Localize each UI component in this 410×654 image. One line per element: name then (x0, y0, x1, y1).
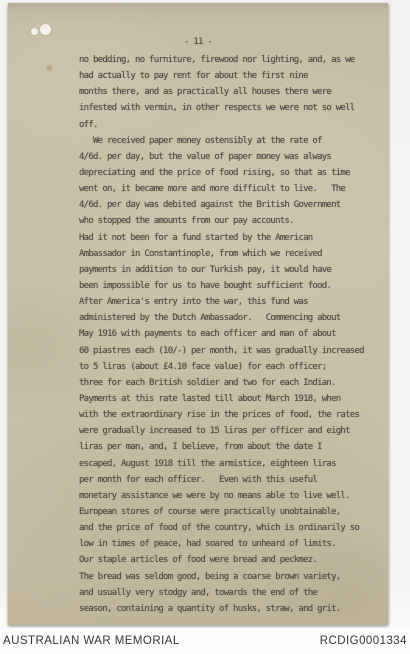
footer-bar: AUSTRALIAN WAR MEMORIAL RCDIG0001334 (0, 628, 410, 654)
document-line: administered by the Dutch Ambassador. Co… (79, 310, 379, 326)
document-line: The bread was seldom good, being a coars… (79, 569, 379, 585)
document-line: Ambassador in Constantinople, from which… (79, 246, 379, 262)
document-line: escaped, August 1918 till the armistice,… (79, 456, 379, 472)
paper-stain (45, 64, 54, 72)
document-line: season, containing a quantity of husks, … (79, 601, 379, 617)
document-line: and the price of food of the country, wh… (79, 520, 379, 536)
document-line: who stopped the amounts from our pay acc… (79, 213, 379, 229)
document-line: 4/6d. per day was debited against the Br… (79, 197, 379, 213)
document-line: to 5 liras (about £4.10 face value) for … (79, 359, 379, 375)
document-line: low in times of peace, had soared to unh… (79, 536, 379, 552)
document-line: May 1916 with payments to each officer a… (79, 326, 379, 342)
document-line: three for each British soldier and two f… (79, 375, 379, 391)
document-line: infested with vermin, in other respects … (79, 100, 379, 116)
document-line: liras per man, and, I believe, from abou… (79, 439, 379, 455)
document-line: were gradually increased to 15 liras per… (79, 423, 379, 439)
document-line: 60 piastres each (10/-) per month, it wa… (79, 343, 379, 359)
scanned-page: - 11 - no bedding, no furniture, firewoo… (0, 0, 410, 654)
document-line: had actually to pay rent for about the f… (79, 68, 379, 84)
document-line: Had it not been for a fund started by th… (79, 230, 379, 246)
document-paper: - 11 - no bedding, no furniture, firewoo… (8, 3, 388, 625)
document-line: and usually very stodgy and, towards the… (79, 585, 379, 601)
document-line: 4/6d. per day, but the value of paper mo… (79, 149, 379, 165)
document-line: with the extraordinary rise in the price… (79, 407, 379, 423)
document-line: per month for each officer. Even with th… (79, 472, 379, 488)
document-body: no bedding, no furniture, firewood nor l… (79, 52, 379, 617)
document-line: monetary assistance we were by no means … (79, 488, 379, 504)
archive-name-label: AUSTRALIAN WAR MEMORIAL (3, 635, 180, 647)
document-line: Payments at this rate lasted till about … (79, 391, 379, 407)
document-line: went on, it became more and more difficu… (79, 181, 379, 197)
document-line: been impossible for us to have bought su… (79, 278, 379, 294)
document-line: no bedding, no furniture, firewood nor l… (79, 52, 379, 68)
document-line: payments in addition to our Turkish pay,… (79, 262, 379, 278)
document-line: off. (79, 117, 379, 133)
document-line: depreciating and the price of food risin… (79, 165, 379, 181)
page-number: - 11 - (8, 34, 388, 50)
reference-id-label: RCDIG0001334 (320, 635, 407, 647)
document-line: European stores of course were practical… (79, 504, 379, 520)
document-line: After America's entry into the war, this… (79, 294, 379, 310)
document-line: We received paper money ostensibly at th… (79, 133, 379, 149)
document-line: Our staple articles of food were bread a… (79, 552, 379, 568)
document-line: months there, and as practically all hou… (79, 84, 379, 100)
